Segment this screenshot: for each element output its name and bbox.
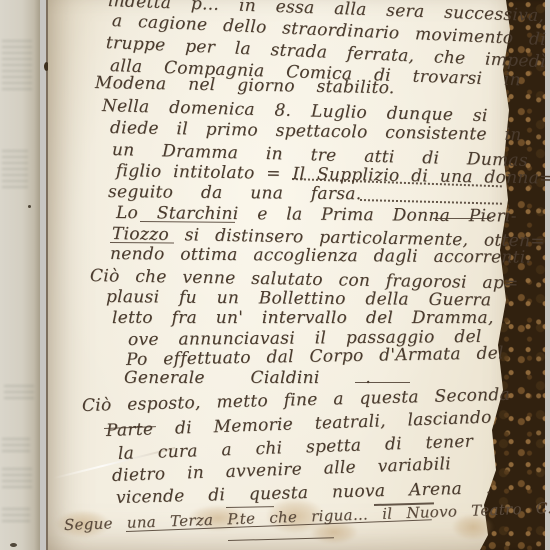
ink-speck	[10, 543, 17, 547]
bleedthrough-text	[2, 40, 32, 92]
binding-shadow-line	[46, 0, 48, 550]
handwriting-line: plausi fu un Bollettino della Guerra	[106, 287, 492, 310]
manuscript-photo: indetta p… in essa alla sera successiva,…	[0, 0, 550, 550]
handwriting-line: letto fra un' intervallo del Dramma,	[112, 308, 494, 328]
underline-pieri	[433, 218, 491, 219]
bleedthrough-text	[4, 385, 34, 401]
handwriting-line: Lo Starchini e la Prima Donna Pieri-	[116, 203, 517, 226]
handwriting-line: nendo ottima accoglienza dagli accorrent…	[110, 244, 531, 268]
handwriting-line: Generale Cialdini .	[124, 368, 371, 388]
handwriting-line: seguito da una farsa.	[108, 182, 362, 204]
bleedthrough-text	[2, 438, 30, 452]
flourish-cialdini	[355, 382, 410, 383]
bleedthrough-text	[2, 468, 32, 490]
bleedthrough-text	[2, 150, 28, 190]
ink-speck	[28, 205, 31, 208]
bleedthrough-text	[2, 508, 30, 522]
